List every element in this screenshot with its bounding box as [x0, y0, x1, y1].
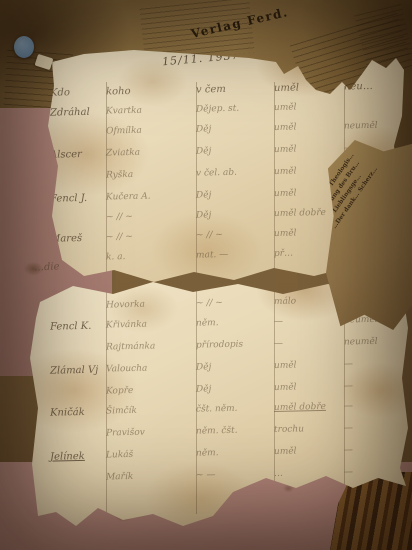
torn-edge-partial-name: …die: [34, 261, 60, 273]
cell-vcem: ~ // ~: [196, 297, 274, 309]
cell-koho: Kopře: [106, 385, 196, 397]
cell-vcem: ~ // ~: [196, 229, 274, 242]
cell-koho: Mařík: [106, 471, 196, 483]
cell-neumel: [344, 100, 396, 112]
cell-vcem: Děj: [196, 189, 274, 202]
table-row: Jelínek Lukáš něm. uměl —: [50, 444, 400, 462]
table-row: Zlámal Vj Valoucha Děj uměl —: [50, 358, 400, 376]
table-row: Pravišov něm. čšt. trochu —: [50, 422, 400, 439]
cell-vcem: něm.: [196, 447, 274, 460]
table-row: Mařík ~ — … —: [50, 466, 400, 483]
cell-neumel: —: [344, 358, 396, 370]
newspaper-fragment-overlay: …stliche, Theologis… Erklärung des Bru… …: [326, 140, 412, 330]
table-row: Rajtmánka přírodopis — neuměl: [50, 336, 400, 353]
cell-neumel: neuměl: [344, 336, 396, 347]
cell-kdo: [50, 170, 106, 181]
cell-umel: uměl: [274, 382, 344, 393]
cell-kdo: Zlámal Vj: [50, 364, 106, 376]
cell-koho: Hovorka: [106, 299, 196, 311]
cell-umel: —: [274, 338, 344, 349]
cell-vcem: přírodopis: [196, 339, 274, 351]
blue-pin: [14, 36, 34, 58]
cell-koho: ~ // ~: [106, 211, 196, 223]
cell-vcem: mat. —: [196, 249, 274, 261]
cell-koho: Pravišov: [106, 427, 196, 439]
table-row: Kničák Šimčík čšt. něm. uměl dobře —: [50, 400, 400, 418]
cell-umel: …: [274, 468, 344, 479]
table-row: Ofmílka Děj uměl neuměl: [50, 120, 400, 137]
cell-koho: Kučera A.: [106, 191, 196, 204]
cell-vcem: Děj: [196, 145, 274, 158]
cell-koho: ~ // ~: [106, 231, 196, 244]
cell-kdo: Mareš: [50, 232, 106, 244]
cell-vcem: Dějep. st.: [196, 103, 274, 116]
cell-vcem: Děj: [196, 123, 274, 135]
cell-neumel: —: [344, 466, 396, 477]
cell-kdo: [50, 386, 106, 397]
table-row: Zdráhal Kvartka Dějep. st. uměl: [50, 100, 400, 118]
cell-umel: uměl dobře: [274, 402, 344, 414]
cell-umel: trochu: [274, 424, 344, 435]
cell-vcem: ~ —: [196, 469, 274, 481]
cell-umel: uměl: [274, 122, 344, 133]
cell-koho: k. a.: [106, 251, 196, 263]
cell-koho: Lukáš: [106, 449, 196, 462]
cell-vcem: v čel. ab.: [196, 167, 274, 179]
cell-neumel: —: [344, 400, 396, 412]
cell-kdo: [50, 126, 106, 137]
cell-neumel: —: [344, 422, 396, 433]
cell-kdo: [50, 342, 106, 353]
cell-vcem: Děj: [196, 361, 274, 374]
table-row: Kopře Děj uměl —: [50, 380, 400, 397]
cell-koho: Křivánka: [106, 319, 196, 332]
cell-vcem: něm.: [196, 317, 274, 330]
cell-koho: Valoucha: [106, 363, 196, 376]
header-koho: koho: [106, 85, 196, 98]
photo-of-torn-document: Verlag Ferd. …nker… Hovorka ~ // ~ málo …: [0, 0, 412, 550]
cell-koho: Ryška: [106, 169, 196, 181]
cell-kdo: [50, 212, 106, 223]
cell-vcem: Děj: [196, 383, 274, 395]
cell-vcem: něm. čšt.: [196, 425, 274, 437]
cell-vcem: Děj: [196, 209, 274, 221]
cell-koho: Kvartka: [106, 105, 196, 118]
cell-kdo: Kničák: [50, 406, 106, 418]
cell-koho: Rajtmánka: [106, 341, 196, 353]
cell-koho: Šimčík: [106, 405, 196, 418]
cell-koho: Ofmílka: [106, 125, 196, 137]
cell-neumel: neuměl: [344, 120, 396, 131]
cell-kdo: Fencl J.: [50, 192, 106, 204]
cell-vcem: čšt. něm.: [196, 403, 274, 416]
cell-kdo: Zdráhal: [50, 106, 106, 118]
header-kdo: Kdo: [50, 86, 106, 98]
cell-kdo: Alscer: [50, 148, 106, 160]
cell-kdo: Jelínek: [50, 450, 106, 462]
cell-umel: —: [274, 316, 344, 328]
cell-kdo: [50, 428, 106, 439]
cell-umel: uměl: [274, 144, 344, 156]
cell-umel: uměl: [274, 102, 344, 114]
header-vcem: v čem: [196, 83, 274, 96]
cell-koho: Zviatka: [106, 147, 196, 160]
cell-neumel: —: [344, 380, 396, 391]
cell-umel: uměl: [274, 446, 344, 458]
cell-kdo: Fencl K.: [50, 320, 106, 332]
cell-neumel: —: [344, 444, 396, 456]
cell-umel: uměl: [274, 360, 344, 372]
cell-kdo: [50, 300, 106, 311]
cell-kdo: [50, 472, 106, 483]
